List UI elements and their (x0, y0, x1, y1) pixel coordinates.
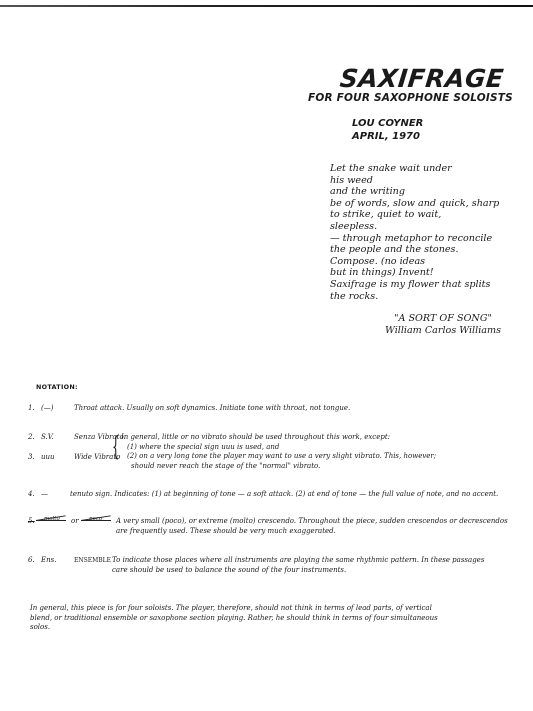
item-name: Wide Vibrato (74, 453, 120, 463)
description-line: (2) on a very long tone the player may w… (121, 452, 436, 462)
epigraph-poem: Let the snake wait under his weed and th… (330, 163, 499, 302)
poem-line: Let the snake wait under (330, 163, 499, 175)
description-line: (1) where the special sign uuu is used, … (121, 443, 436, 453)
item-number: 6. (28, 556, 35, 566)
paragraph-line: solos. (30, 623, 438, 633)
poem-line: sleepless. (330, 221, 499, 233)
item-number: 2. (28, 433, 35, 443)
poem-author: William Carlos Williams (385, 325, 501, 337)
description-line: should never reach the stage of the "nor… (121, 462, 436, 472)
closing-paragraph: In general, this piece is for four soloi… (30, 604, 438, 633)
item-number: 3. (28, 453, 35, 463)
poem-line: Saxifrage is my flower that splits (330, 279, 499, 291)
piece-subtitle: FOR FOUR SAXOPHONE SOLOISTS (308, 92, 513, 104)
poem-line: but in things) Invent! (330, 267, 499, 279)
poem-line: and the writing (330, 186, 499, 198)
description-line: care should be used to balance the sound… (112, 566, 484, 576)
poem-line: be of words, slow and quick, sharp (330, 198, 499, 210)
paragraph-line: In general, this piece is for four soloi… (30, 604, 438, 614)
ensemble-description: To indicate those places where all instr… (112, 556, 484, 575)
description-line: To indicate those places where all instr… (112, 556, 484, 566)
poem-line: — through metaphor to reconcile (330, 233, 499, 245)
item-number: 5. (28, 517, 35, 527)
piece-title: SAXIFRAGE (338, 64, 505, 93)
symbol-join: or (71, 517, 79, 527)
epigraph-attribution: "A SORT OF SONG" William Carlos Williams (385, 313, 501, 336)
poem-source-title: "A SORT OF SONG" (385, 313, 501, 325)
description-line: are frequently used. These should be ver… (116, 527, 508, 537)
page-top-border (0, 5, 533, 7)
poem-line: to strike, quiet to wait, (330, 209, 499, 221)
item-number: 1. (28, 404, 35, 414)
crescendo-poco-icon: poco (81, 516, 113, 524)
item-description: Throat attack. Usually on soft dynamics.… (74, 404, 350, 414)
composer-name: LOU COYNER (352, 118, 423, 129)
description-line: In general, little or no vibrato should … (121, 433, 436, 443)
item-name: ENSEMBLE (74, 556, 111, 566)
item-symbol: Ens. (41, 556, 56, 566)
item-description: tenuto sign. Indicates: (1) at beginning… (70, 490, 498, 500)
crescendo-description: A very small (poco), or extreme (molto) … (116, 517, 508, 536)
vibrato-description: In general, little or no vibrato should … (121, 433, 436, 471)
item-symbol: — (41, 490, 48, 500)
poem-line: his weed (330, 175, 499, 187)
description-line: A very small (poco), or extreme (molto) … (116, 517, 508, 527)
item-symbol: (—) (41, 404, 53, 414)
poem-line: the people and the stones. (330, 244, 499, 256)
poem-line: Compose. (no ideas (330, 256, 499, 268)
item-symbol: S.V. (41, 433, 54, 443)
poem-line: the rocks. (330, 291, 499, 303)
notation-heading: NOTATION: (36, 383, 78, 391)
item-symbol: uuu (41, 453, 55, 463)
paragraph-line: blend, or traditional ensemble or saxoph… (30, 614, 438, 624)
composition-date: APRIL, 1970 (352, 131, 420, 142)
crescendo-molto-icon: molto (36, 516, 68, 524)
item-number: 4. (28, 490, 35, 500)
